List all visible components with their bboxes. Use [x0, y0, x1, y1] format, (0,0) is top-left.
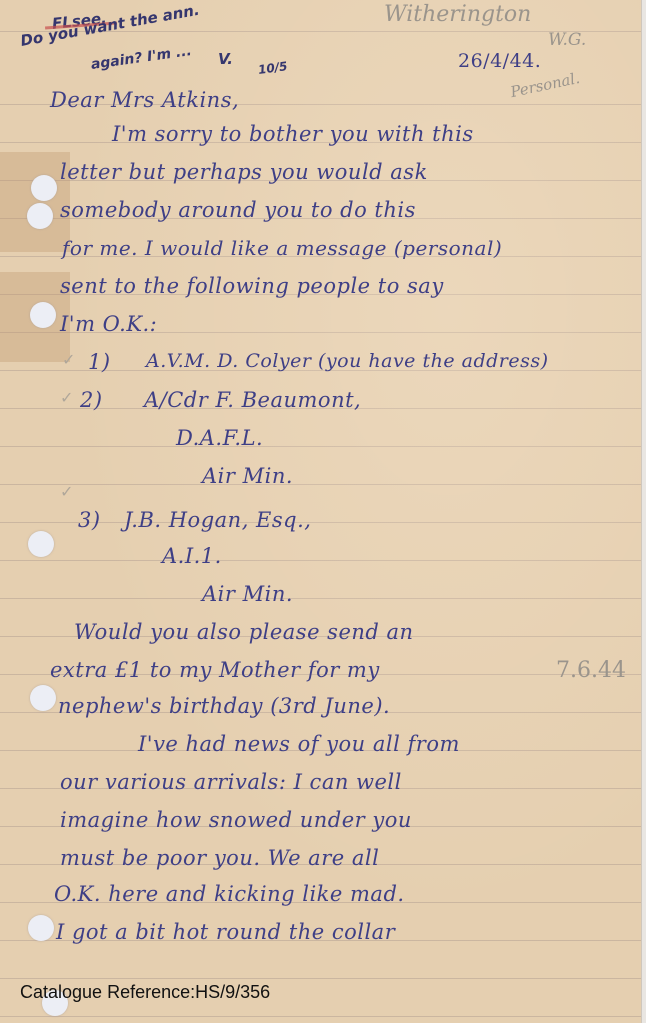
- body-line: I'm O.K.:: [60, 314, 157, 335]
- recipient-line: D.A.F.L.: [176, 428, 263, 449]
- recipient-line: A.I.1.: [162, 546, 222, 567]
- punch-hole: [31, 175, 57, 201]
- body-line: imagine how snowed under you: [60, 810, 412, 831]
- body-line: must be poor you. We are all: [60, 848, 379, 869]
- body-line: Would you also please send an: [74, 622, 414, 643]
- letter-page: FLsee. Do you want the ann. again? I'm .…: [0, 0, 642, 1023]
- body-line: I'm sorry to bother you with this: [112, 124, 474, 145]
- recipient-number: 3): [78, 510, 101, 531]
- annotation-initials: V.: [218, 52, 233, 67]
- punch-hole: [30, 302, 56, 328]
- catalogue-reference: Catalogue Reference:HS/9/356: [20, 982, 270, 1003]
- recipient-line: Air Min.: [202, 584, 293, 605]
- body-line: letter but perhaps you would ask: [60, 162, 428, 183]
- margin-pencil-date: 7.6.44: [556, 660, 626, 682]
- punch-hole: [30, 685, 56, 711]
- salutation: Dear Mrs Atkins,: [50, 90, 239, 111]
- body-line: O.K. here and kicking like mad.: [54, 884, 405, 905]
- body-line: extra £1 to my Mother for my: [50, 660, 380, 681]
- recipient-number: 1): [88, 352, 111, 373]
- recipient-line: A.V.M. D. Colyer (you have the address): [146, 352, 549, 371]
- punch-hole: [27, 203, 53, 229]
- punch-hole: [28, 915, 54, 941]
- check-mark: ✓: [60, 390, 73, 406]
- body-line: I got a bit hot round the collar: [56, 922, 395, 943]
- annotation-date: 10/5: [257, 60, 288, 76]
- body-line: sent to the following people to say: [60, 276, 444, 297]
- recipient-number: 2): [80, 390, 103, 411]
- recipient-line: Air Min.: [202, 466, 293, 487]
- personal-marking: Personal.: [509, 71, 581, 100]
- place-pencil: Witherington: [384, 4, 531, 26]
- body-line: our various arrivals: I can well: [60, 772, 402, 793]
- check-mark: ✓: [60, 484, 73, 500]
- initials-pencil: W.G.: [548, 32, 586, 49]
- punch-hole: [28, 531, 54, 557]
- body-line: I've had news of you all from: [138, 734, 460, 755]
- body-line: nephew's birthday (3rd June).: [58, 696, 390, 717]
- check-mark: ✓: [62, 352, 75, 368]
- recipient-line: A/Cdr F. Beaumont,: [144, 390, 361, 411]
- recipient-line: J.B. Hogan, Esq.,: [124, 510, 311, 531]
- body-line: somebody around you to do this: [60, 200, 416, 221]
- body-line: for me. I would like a message (personal…: [62, 238, 502, 258]
- annotation-line-2: again? I'm ...: [90, 44, 193, 72]
- letter-date: 26/4/44.: [458, 52, 541, 71]
